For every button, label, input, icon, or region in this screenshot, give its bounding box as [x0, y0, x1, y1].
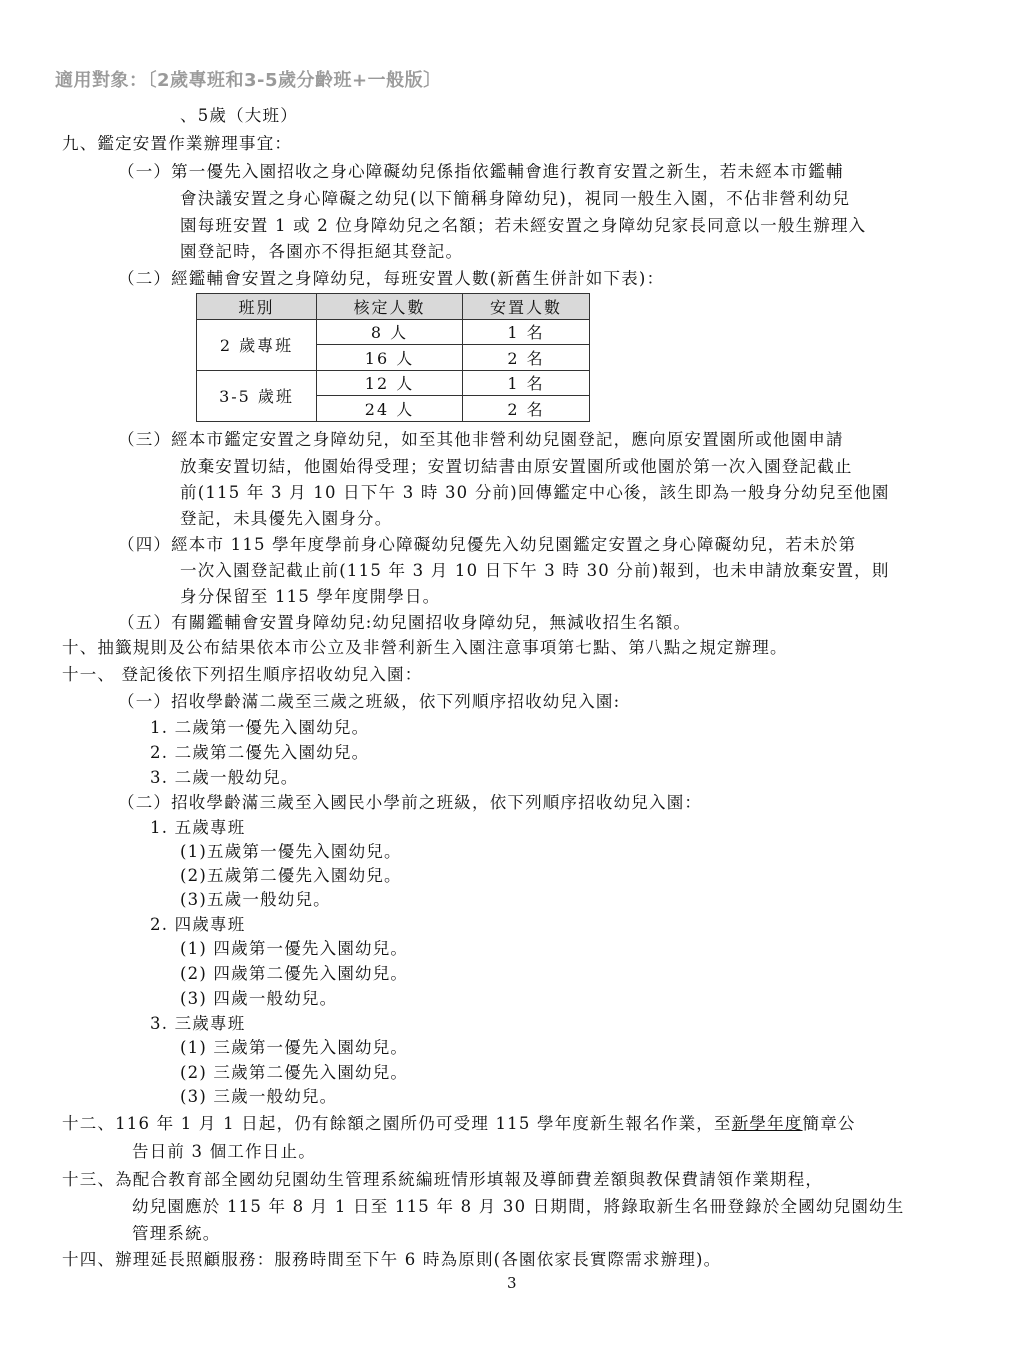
- table-cell: 2 名: [463, 345, 590, 371]
- text-line: （二）經鑑輔會安置之身障幼兒，每班安置人數(新舊生併計如下表)：: [118, 267, 664, 291]
- table-cell-class: 3-5 歲班: [197, 370, 317, 421]
- list-item: 2. 四歲專班: [150, 913, 245, 937]
- list-item: (2) 四歲第二優先入園幼兒。: [180, 962, 408, 986]
- section-14-title: 十四、辦理延長照顧服務：服務時間至下午 6 時為原則(各園依家長實際需求辦理)。: [62, 1248, 721, 1272]
- section-13-title: 十三、為配合教育部全國幼兒園幼生管理系統編班情形填報及導師費差額與教保費請領作業…: [62, 1168, 823, 1192]
- table-header: 班別: [197, 294, 317, 320]
- table-header: 安置人數: [463, 294, 590, 320]
- list-item: (2) 三歲第二優先入園幼兒。: [180, 1061, 408, 1085]
- text-line: （一）第一優先入園招收之身心障礙幼兒係指依鑑輔會進行教育安置之新生，若未經本市鑑…: [118, 160, 844, 184]
- text-line: （五）有關鑑輔會安置身障幼兒:幼兒園招收身障幼兒，無減收招生名額。: [118, 611, 691, 635]
- text-line: （二）招收學齡滿三歲至入國民小學前之班級，依下列順序招收幼兒入園：: [118, 791, 702, 815]
- placement-table: 班別 核定人數 安置人數 2 歲專班 8 人 1 名 16 人 2 名 3-5 …: [196, 293, 590, 422]
- list-item: (3)五歲一般幼兒。: [180, 888, 331, 912]
- table-header: 核定人數: [317, 294, 463, 320]
- document-header: 適用對象：〔2歲專班和3-5歲分齡班+一般版〕: [55, 66, 442, 92]
- text-segment: 十二、116 年 1 月 1 日起，仍有餘額之園所仍可受理 115 學年度新生報…: [62, 1114, 732, 1133]
- table-cell: 1 名: [463, 370, 590, 396]
- section-10-title: 十、抽籤規則及公布結果依本市公立及非營利新生入園注意事項第七點、第八點之規定辦理…: [62, 636, 788, 660]
- list-item: (1) 三歲第一優先入園幼兒。: [180, 1036, 408, 1060]
- text-line: （一）招收學齡滿二歲至三歲之班級，依下列順序招收幼兒入園:: [118, 690, 620, 714]
- underlined-text: 新學年度: [732, 1114, 803, 1133]
- list-item: 3. 三歲專班: [150, 1012, 245, 1036]
- text-line: 園登記時，各園亦不得拒絕其登記。: [180, 240, 463, 264]
- list-item: (3) 四歲一般幼兒。: [180, 987, 337, 1011]
- list-item: 1. 二歲第一優先入園幼兒。: [150, 716, 369, 740]
- text-line: 幼兒園應於 115 年 8 月 1 日至 115 年 8 月 30 日期間，將錄…: [132, 1195, 904, 1219]
- list-item: (3) 三歲一般幼兒。: [180, 1085, 337, 1109]
- table-cell: 24 人: [317, 396, 463, 422]
- text-line: 、5歲（大班）: [180, 104, 298, 128]
- table-cell: 16 人: [317, 345, 463, 371]
- text-line: 前(115 年 3 月 10 日下午 3 時 30 分前)回傳鑑定中心後，該生即…: [180, 481, 890, 505]
- text-line: 身分保留至 115 學年度開學日。: [180, 585, 440, 609]
- text-line: 一次入園登記截止前(115 年 3 月 10 日下午 3 時 30 分前)報到，…: [180, 559, 890, 583]
- section-11-title: 十一、 登記後依下列招生順序招收幼兒入園：: [62, 663, 422, 687]
- text-line: 會決議安置之身心障礙之幼兒(以下簡稱身障幼兒)，視同一般生入園，不佔非營利幼兒: [180, 187, 850, 211]
- list-item: (2)五歲第二優先入園幼兒。: [180, 864, 402, 888]
- text-segment: 簡章公: [803, 1114, 856, 1133]
- list-item: 3. 二歲一般幼兒。: [150, 766, 299, 790]
- list-item: 2. 二歲第二優先入園幼兒。: [150, 741, 369, 765]
- list-item: (1) 四歲第一優先入園幼兒。: [180, 937, 408, 961]
- list-item: 1. 五歲專班: [150, 816, 245, 840]
- table-cell: 12 人: [317, 370, 463, 396]
- page-number: 3: [507, 1274, 517, 1292]
- table-cell: 2 名: [463, 396, 590, 422]
- list-item: (1)五歲第一優先入園幼兒。: [180, 840, 402, 864]
- text-line: 告日前 3 個工作日止。: [132, 1140, 316, 1164]
- section-12-line: 十二、116 年 1 月 1 日起，仍有餘額之園所仍可受理 115 學年度新生報…: [62, 1112, 856, 1136]
- text-line: 園每班安置 1 或 2 位身障幼兒之名額；若未經安置之身障幼兒家長同意以一般生辦…: [180, 214, 866, 238]
- table-cell-class: 2 歲專班: [197, 319, 317, 370]
- text-line: 放棄安置切結，他園始得受理；安置切結書由原安置園所或他園於第一次入園登記截止: [180, 455, 853, 479]
- section-9-title: 九、鑑定安置作業辦理事宜：: [62, 132, 292, 156]
- table-cell: 1 名: [463, 319, 590, 345]
- text-line: （四）經本市 115 學年度學前身心障礙幼兒優先入幼兒園鑑定安置之身心障礙幼兒，…: [118, 533, 856, 557]
- text-line: （三）經本市鑑定安置之身障幼兒，如至其他非營利幼兒園登記，應向原安置園所或他園申…: [118, 428, 844, 452]
- text-line: 登記，未具優先入園身分。: [180, 507, 392, 531]
- table-cell: 8 人: [317, 319, 463, 345]
- text-line: 管理系統。: [132, 1222, 221, 1246]
